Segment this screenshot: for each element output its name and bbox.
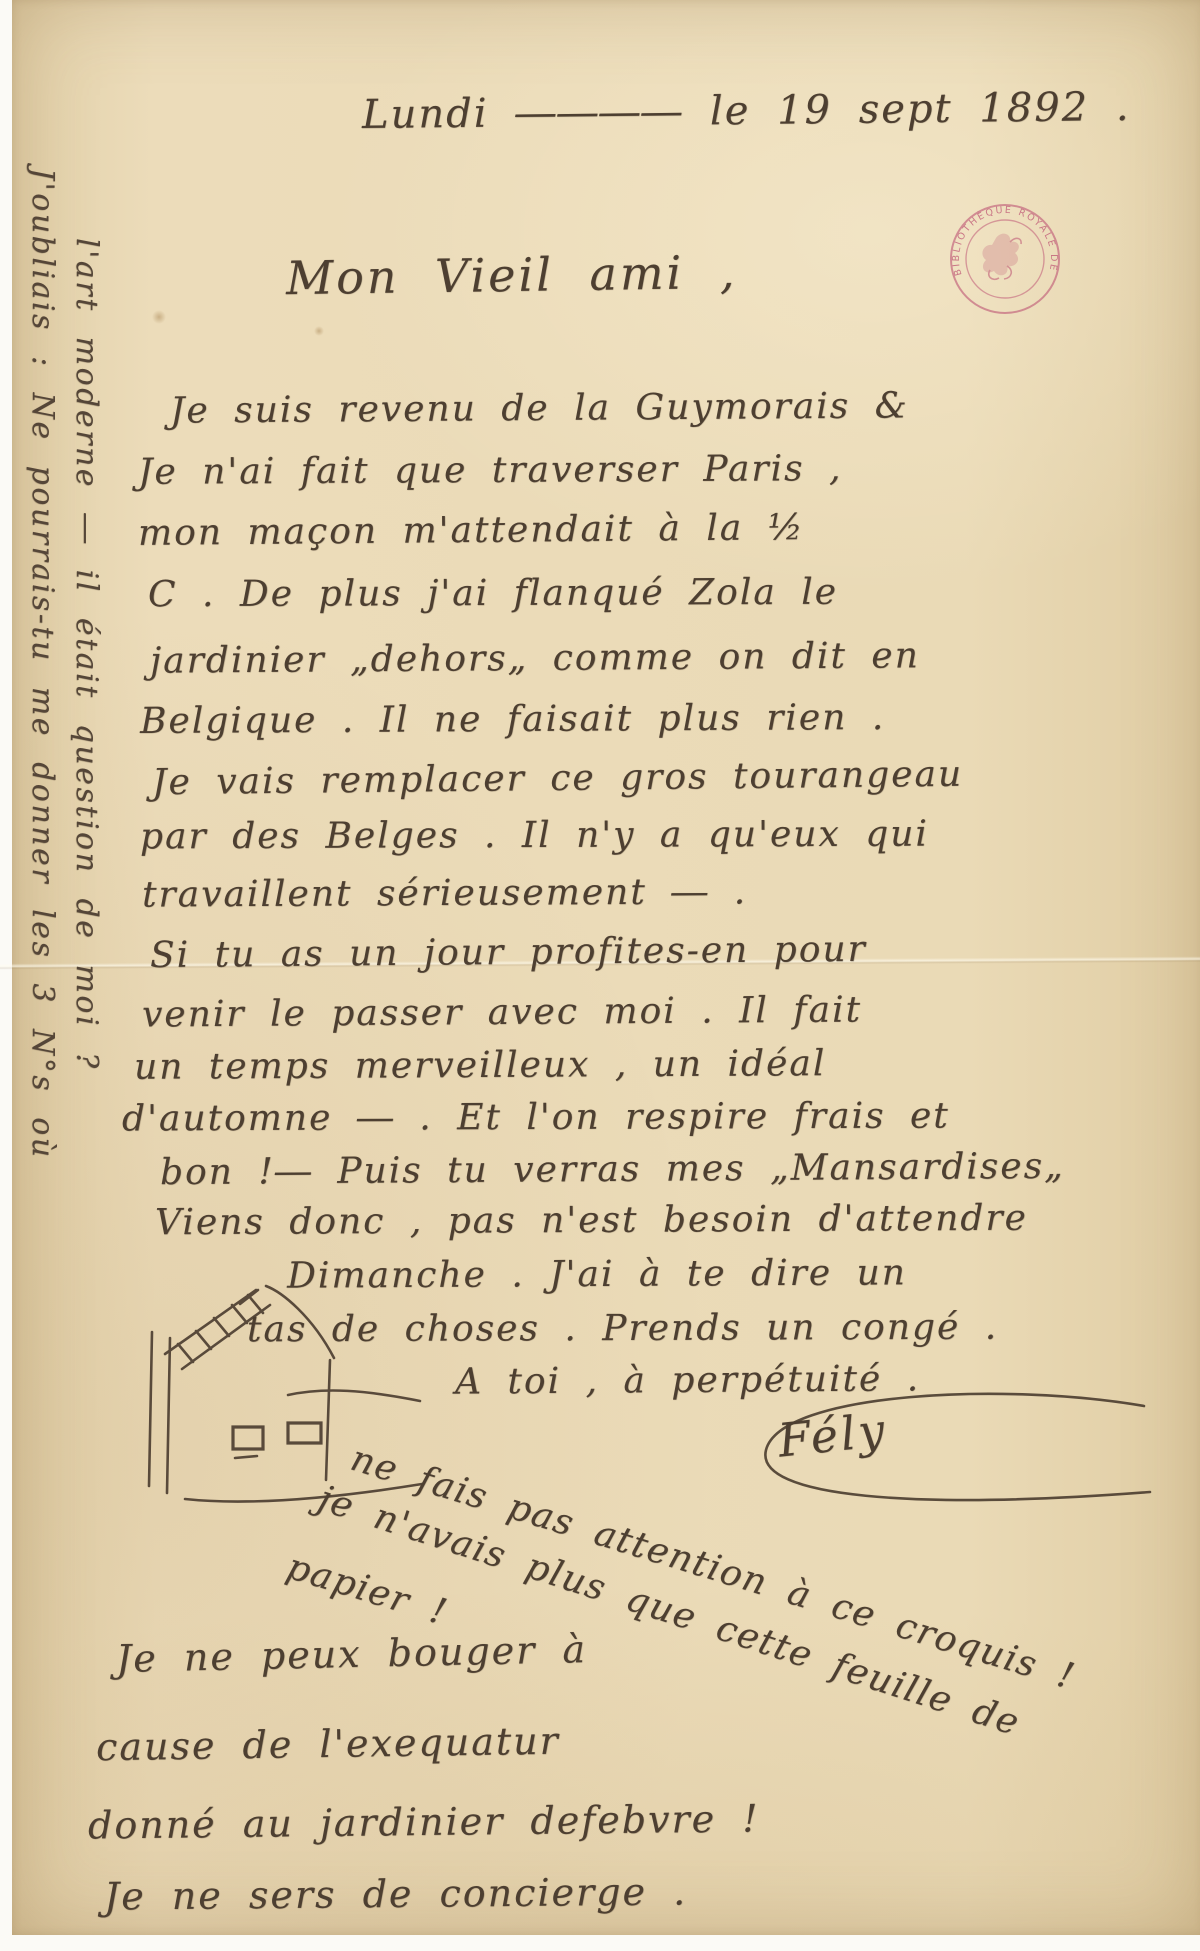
body-line: Viens donc , pas n'est besoin d'attendre bbox=[155, 1198, 1028, 1244]
body-line: par des Belges . Il n'y a qu'eux qui bbox=[140, 814, 929, 858]
body-line: mon maçon m'attendait à la ½ bbox=[138, 507, 805, 554]
body-line: Je suis revenu de la Guymorais & bbox=[170, 385, 909, 431]
body-line: Je n'ai fait que traverser Paris , bbox=[138, 448, 843, 493]
body-line: bon !― Puis tu verras mes „Mansardises„ bbox=[160, 1146, 1065, 1193]
margin-note-line: l'art moderne ― il était question de moi… bbox=[69, 238, 104, 1071]
postscript-bottom-line: Je ne sers de concierge . bbox=[104, 1869, 688, 1918]
body-line: travaillent sérieusement ― . bbox=[142, 871, 747, 915]
stamp-lion-icon bbox=[982, 234, 1021, 280]
body-line: Belgique . Il ne faisait plus rien . bbox=[140, 697, 885, 742]
body-line: Je vais remplacer ce gros tourangeau bbox=[152, 754, 964, 803]
body-line: Si tu as un jour profites-en pour bbox=[150, 929, 867, 976]
library-stamp: BIBLIOTHÈQUE ROYALE DE BELGIQUE bbox=[944, 198, 1066, 320]
postscript-bottom-line: donné au jardinier defebvre ! bbox=[88, 1796, 760, 1847]
postscript-bottom-line: cause de l'exequatur bbox=[96, 1719, 560, 1769]
salutation: Mon Vieil ami , bbox=[286, 245, 738, 305]
body-line: venir le passer avec moi . Il fait bbox=[142, 989, 862, 1035]
margin-note-line: J'oubliais : Ne pourrais-tu me donner le… bbox=[25, 168, 60, 1160]
body-line: un temps merveilleux , un idéal bbox=[134, 1043, 827, 1088]
date-line: Lundi ―――― le 19 sept 1892 . bbox=[362, 84, 1131, 138]
body-line: d'automne ― . Et l'on respire frais et bbox=[122, 1096, 950, 1140]
foxing-spot bbox=[152, 310, 166, 324]
body-line: jardinier „dehors„ comme on dit en bbox=[150, 635, 920, 681]
body-line: C . De plus j'ai flanqué Zola le bbox=[148, 572, 838, 615]
foxing-spot bbox=[314, 326, 324, 336]
signature: Fély bbox=[775, 1402, 889, 1467]
